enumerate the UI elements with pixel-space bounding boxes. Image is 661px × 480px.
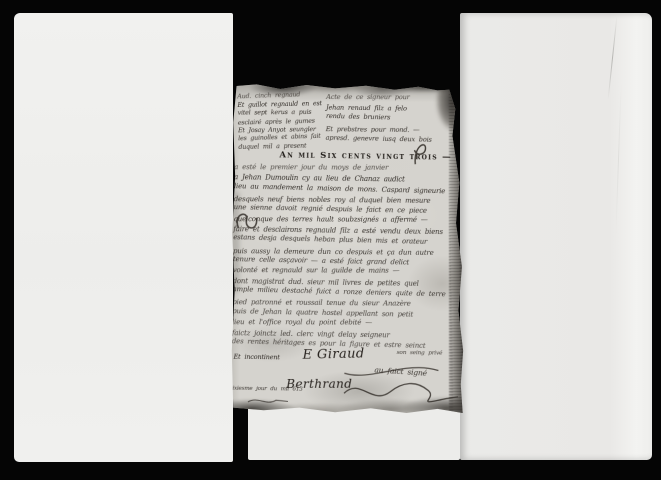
body-text: a esté le premier jour du moys de janvie…: [232, 162, 457, 351]
marginal-flourish-icon: [246, 396, 290, 407]
top-right-annotation: Acte de ce signeur pourJehan renaud filz…: [326, 92, 457, 145]
handwritten-line: quelconque des terres hault soubzsignés …: [233, 214, 455, 225]
body-flourish-icon: [232, 210, 260, 234]
manuscript-page: Aud. cinch regnaudEt guillot regnauld en…: [228, 82, 466, 418]
year-heading: An mil Six cents vingt trois —: [279, 150, 455, 162]
handwritten-line: Acte de ce signeur pour: [326, 92, 456, 103]
handwriting-layer: Aud. cinch regnaudEt guillot regnauld en…: [224, 82, 467, 421]
closing-line: Et incontinent: [234, 353, 280, 362]
marginal-date-note: Dixiesme jour du mil 613: [228, 386, 303, 393]
blank-page-left: [14, 13, 233, 462]
handwritten-line: apresd. genevre iusq deux bois: [326, 132, 456, 145]
giraud-flourish-icon: [342, 359, 442, 380]
heading-flourish-icon: [409, 138, 425, 166]
archival-scan: Aud. cinch regnaudEt guillot regnauld en…: [0, 0, 661, 480]
handwritten-line: volonté et regnauld sur la guilde de mai…: [233, 265, 455, 276]
bertrand-paraph-icon: [342, 381, 462, 409]
signature-note: son seing privé: [397, 350, 443, 357]
blank-page-right: [460, 13, 652, 460]
handwritten-line: lieu et l'office royal du point debité —: [232, 317, 454, 328]
handwritten-line: rendu des bruniers: [326, 111, 456, 124]
